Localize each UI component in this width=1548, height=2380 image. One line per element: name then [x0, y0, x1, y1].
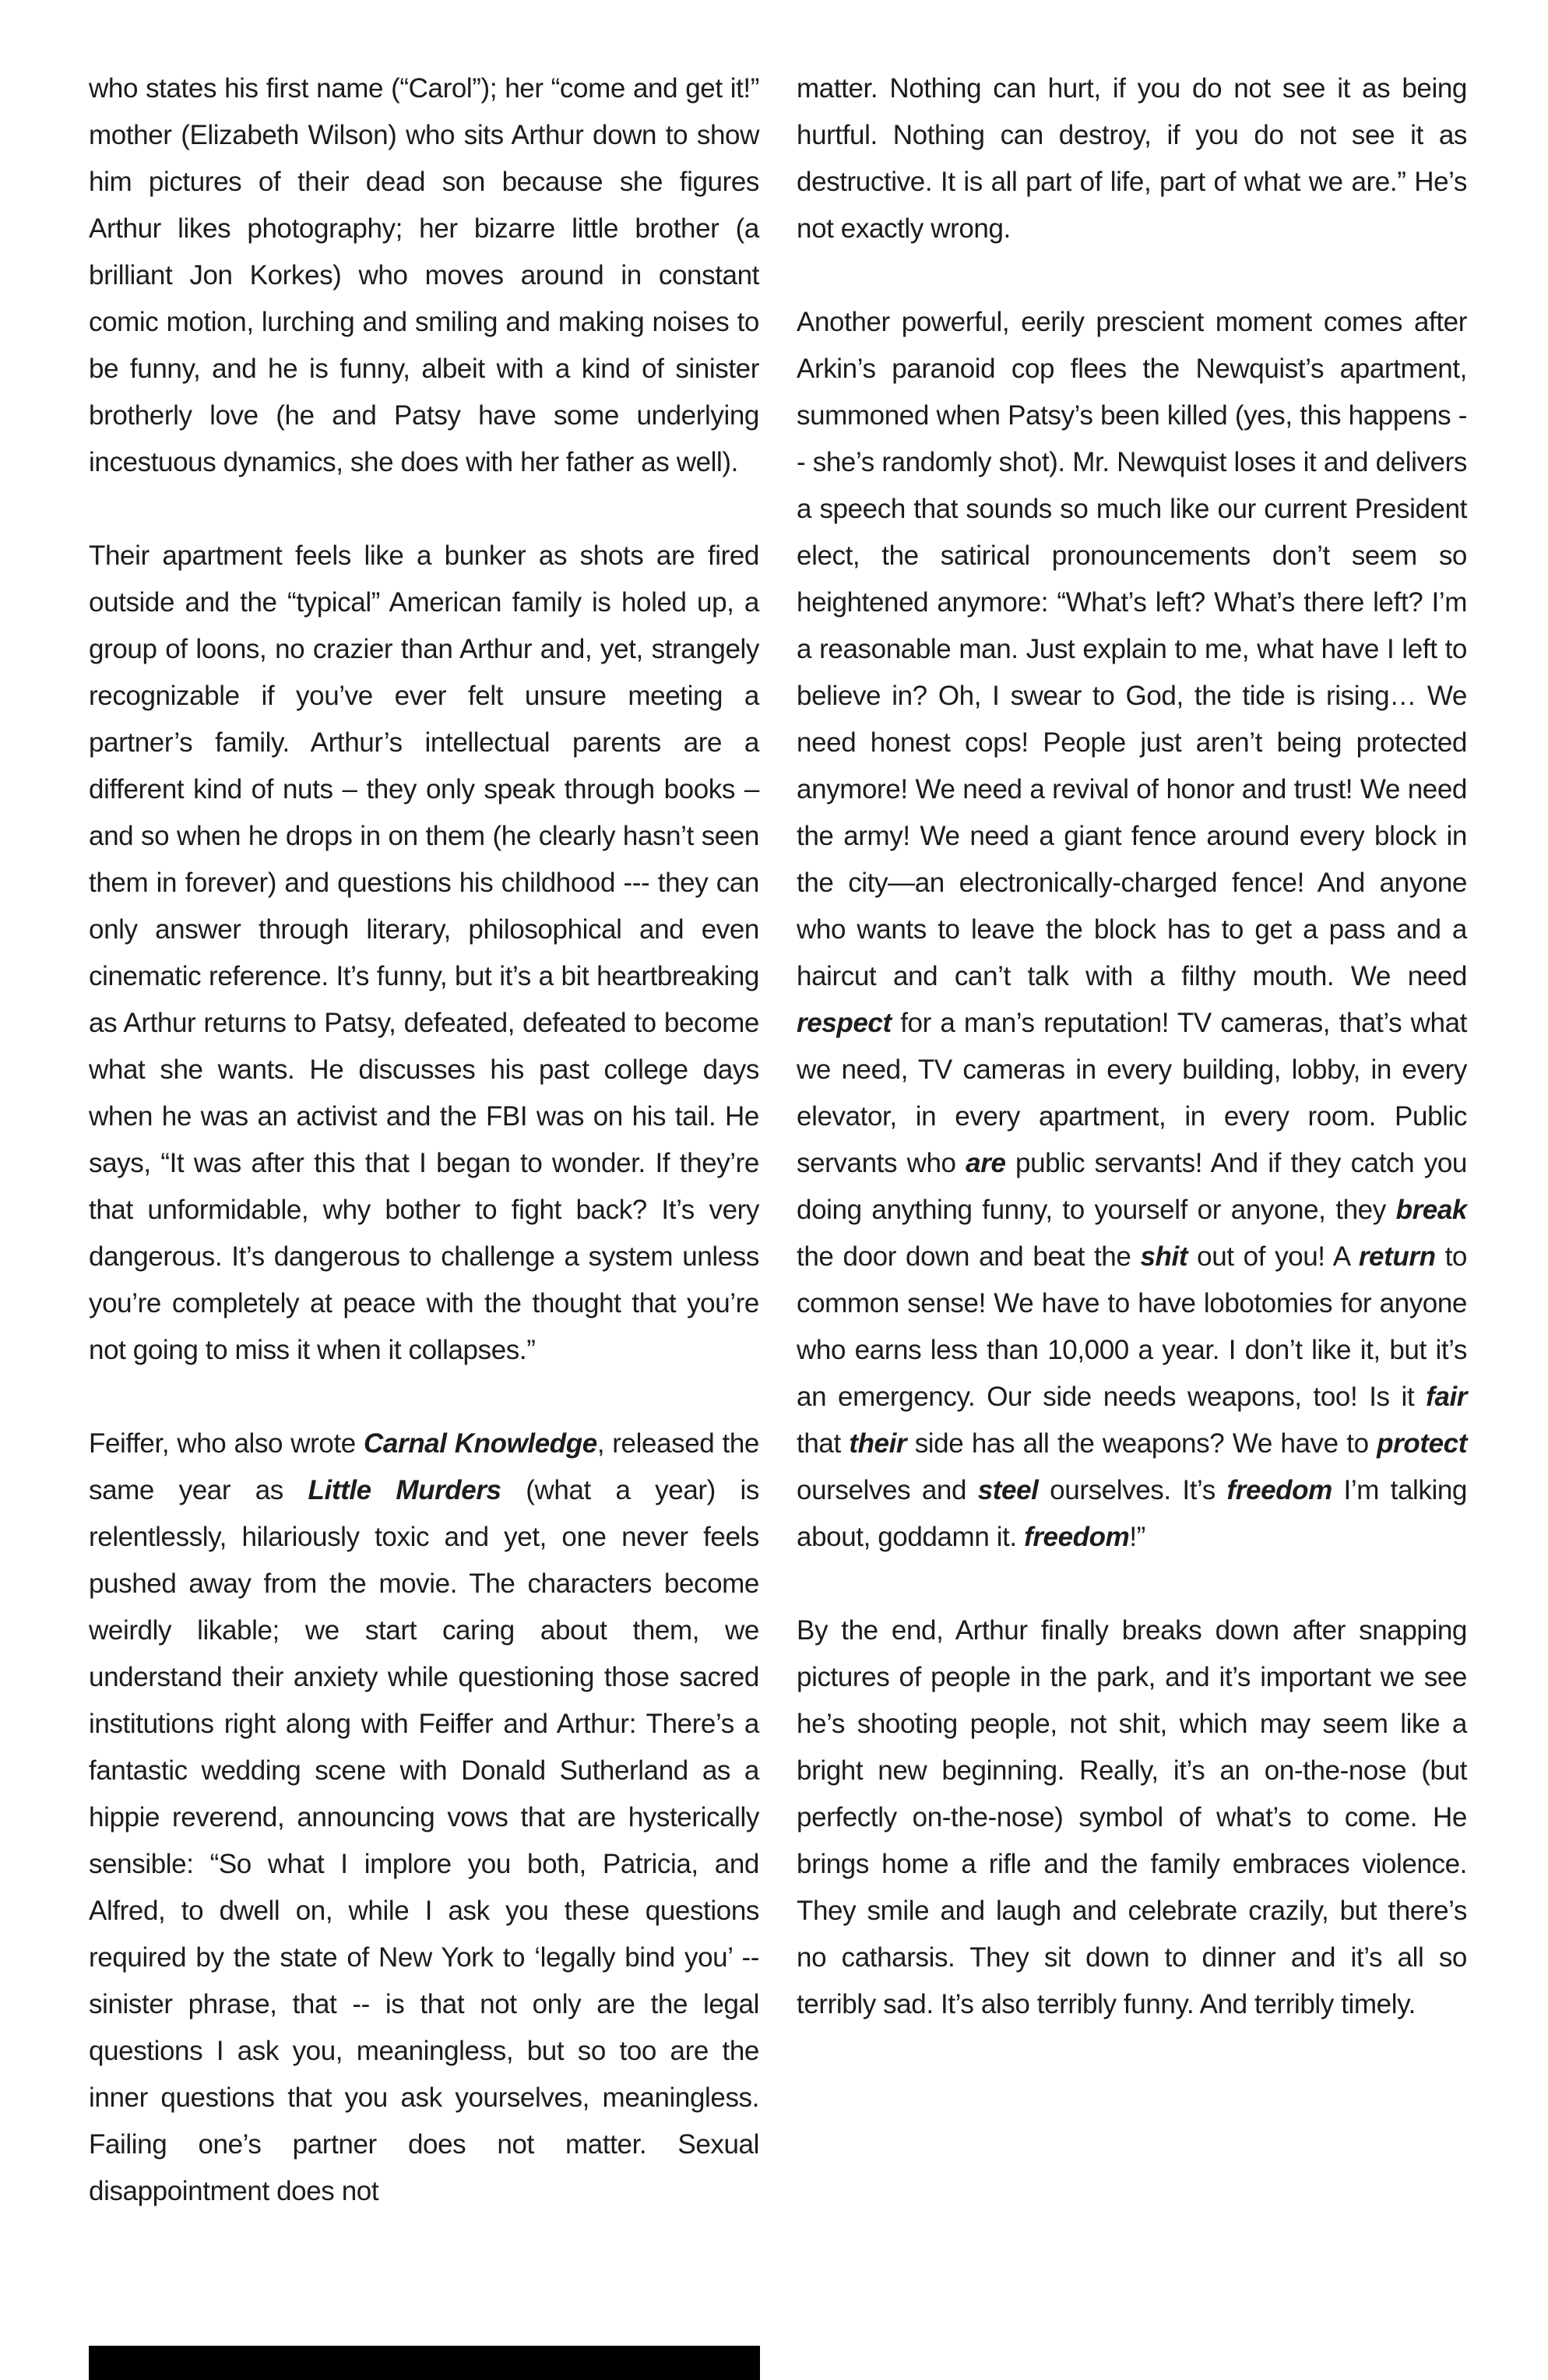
paragraph: By the end, Arthur finally breaks down a…	[797, 1607, 1467, 2028]
body-text: Another powerful, eerily prescient momen…	[797, 307, 1467, 991]
paragraph: Another powerful, eerily prescient momen…	[797, 299, 1467, 1561]
emphasized-text: Little Murders	[308, 1475, 501, 1505]
emphasized-text: freedom	[1227, 1475, 1332, 1505]
body-text: (what a year) is relentlessly, hilarious…	[89, 1475, 759, 2206]
emphasized-text: protect	[1377, 1428, 1467, 1459]
body-text: who states his first name (“Carol”); her…	[89, 73, 759, 477]
body-text: By the end, Arthur finally breaks down a…	[797, 1615, 1467, 2019]
emphasized-text: their	[849, 1428, 906, 1459]
paragraph: matter. Nothing can hurt, if you do not …	[797, 65, 1467, 252]
body-text: matter. Nothing can hurt, if you do not …	[797, 73, 1467, 244]
emphasized-text: fair	[1426, 1382, 1467, 1412]
text-columns: who states his first name (“Carol”); her…	[89, 65, 1467, 2215]
emphasized-text: break	[1396, 1195, 1467, 1225]
paragraph: Their apartment feels like a bunker as s…	[89, 533, 759, 1374]
body-text: !”	[1129, 1522, 1145, 1552]
body-text: that	[797, 1428, 849, 1459]
right-column: matter. Nothing can hurt, if you do not …	[797, 65, 1467, 2215]
emphasized-text: shit	[1140, 1241, 1187, 1272]
body-text: out of you! A	[1187, 1241, 1359, 1272]
paragraph: who states his first name (“Carol”); her…	[89, 65, 759, 486]
paragraph: Feiffer, who also wrote Carnal Knowledge…	[89, 1421, 759, 2215]
body-text: ourselves and	[797, 1475, 978, 1505]
bottom-redaction-bar	[89, 2346, 760, 2380]
body-text: Feiffer, who also wrote	[89, 1428, 364, 1459]
body-text: the door down and beat the	[797, 1241, 1140, 1272]
emphasized-text: freedom	[1024, 1522, 1129, 1552]
left-column: who states his first name (“Carol”); her…	[89, 65, 759, 2215]
emphasized-text: steel	[978, 1475, 1039, 1505]
emphasized-text: respect	[797, 1008, 892, 1038]
body-text: side has all the weapons? We have to	[906, 1428, 1377, 1459]
emphasized-text: are	[966, 1148, 1005, 1178]
emphasized-text: Carnal Knowledge	[364, 1428, 597, 1459]
body-text: Their apartment feels like a bunker as s…	[89, 540, 759, 1365]
body-text: ourselves. It’s	[1039, 1475, 1227, 1505]
document-page: who states his first name (“Carol”); her…	[0, 0, 1548, 2380]
emphasized-text: return	[1359, 1241, 1436, 1272]
